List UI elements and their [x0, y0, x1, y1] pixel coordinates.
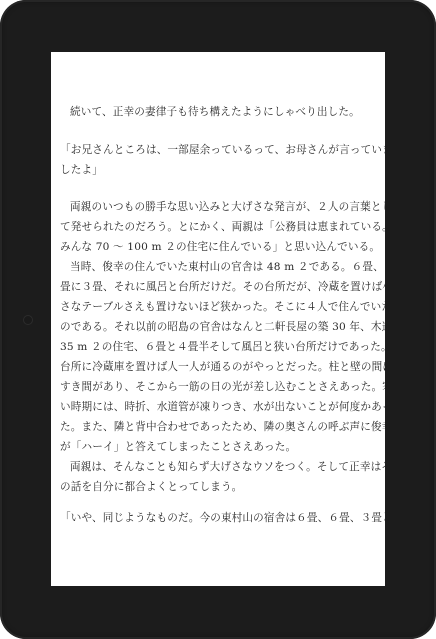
text-line-4: 両親のいつもの勝手な思い込みと大げさな発言が、２人の言葉とし	[60, 197, 385, 217]
text-line-19: 「いや、同じようなものだ。今の東村山の宿舎は６畳、６畳、３畳と	[60, 508, 380, 528]
text-line-2: 「お兄さんところは、一部屋余っているって、お母さんが言っていま	[60, 140, 380, 160]
text-line-9: さなテーブルさえも置けないほど狭かった。そこに４人で住んでいた	[60, 297, 380, 317]
text-line-3: したよ」	[60, 160, 380, 180]
text-line-16: が「ハーイ」と答えてしまったことさえあった。	[60, 437, 380, 457]
reading-page[interactable]: 続いて、正幸の妻律子も待ち構えたようにしゃべり出した。 「お兄さんところは、一部…	[51, 52, 385, 586]
ereader-device-frame: 続いて、正幸の妻律子も待ち構えたようにしゃべり出した。 「お兄さんところは、一部…	[0, 0, 436, 639]
text-line-17: 両親は、そんなことも知らず大げさなウソをつく。そして正幸はそ	[60, 457, 385, 477]
text-line-6: みんな 70 ～ 100 m ２の住宅に住んでいる」と思い込んでいる。	[60, 237, 380, 257]
text-line-7: 当時、俊幸の住んでいた東村山の官舎は 48 m ２である。６畳、６	[60, 257, 385, 277]
text-line-5: て発せられたのだろう。とにかく、両親は「公務員は恵まれている。	[60, 217, 380, 237]
text-line-14: い時期には、時折、水道管が凍りつき、水が出ないことが何度かあっ	[60, 397, 380, 417]
text-line-15: た。また、隣と背中合わせであったため、隣の奥さんの呼ぶ声に俊幸	[60, 417, 380, 437]
text-line-11: 35 m ２の住宅、６畳と４畳半そして風呂と狭い台所だけであった。	[60, 337, 380, 357]
text-line-18: の話を自分に都合よくとってしまう。	[60, 477, 380, 497]
text-line-1: 続いて、正幸の妻律子も待ち構えたようにしゃべり出した。	[60, 102, 385, 122]
text-line-13: すき間があり、そこから一筋の日の光が差し込むことさえあった。寒	[60, 377, 380, 397]
text-line-10: のである。それ以前の昭島の官舎はなんと二軒長屋の築 30 年、木造	[60, 317, 380, 337]
home-button-icon[interactable]	[23, 315, 33, 325]
text-line-8: 畳に３畳、それに風呂と台所だけだ。その台所だが、冷蔵を置けば小	[60, 277, 380, 297]
text-line-12: 台所に冷蔵庫を置けば人一人が通るのがやっとだった。柱と壁の間に	[60, 357, 380, 377]
